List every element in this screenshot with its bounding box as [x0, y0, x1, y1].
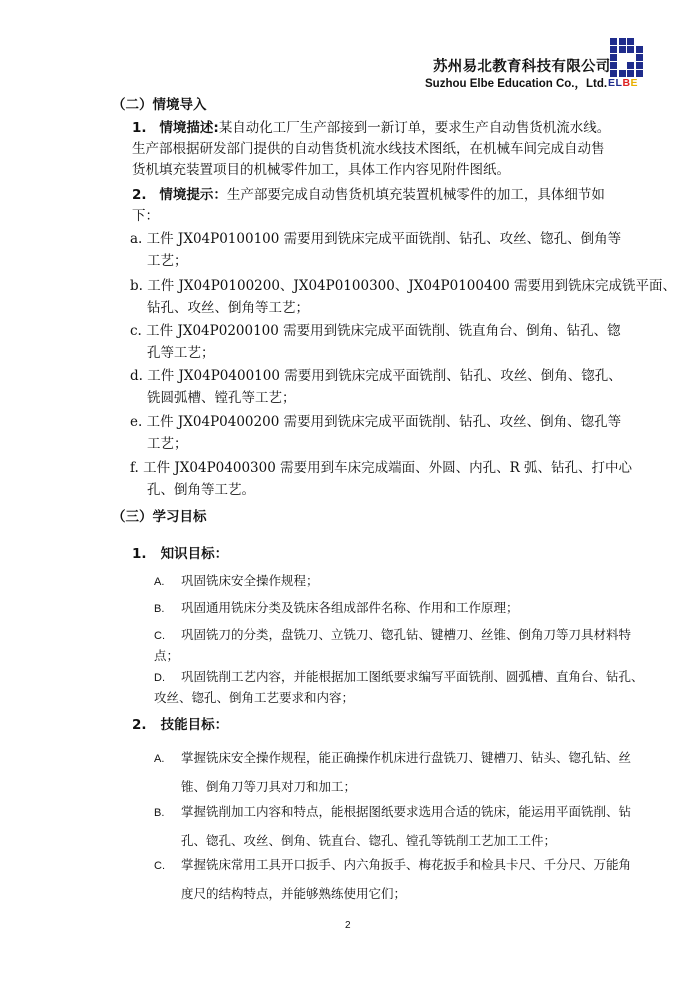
elbe-logo-icon [610, 38, 644, 78]
knowledge-item-d: D.巩固铣削工艺内容，并能根据加工图纸要求编写平面铣削、圆弧槽、直角台、钻孔、 … [154, 667, 644, 708]
list-item-c: c. 工件 JX04P0200100 需要用到铣床完成平面铣削、铣直角台、倒角、… [130, 320, 621, 364]
list-item-f: f. 工件 JX04P0400300 需要用到车床完成端面、外圆、内孔、R 弧、… [130, 457, 632, 501]
list-item-a: a. 工件 JX04P0100100 需要用到铣床完成平面铣削、钻孔、攻丝、锪孔… [130, 228, 621, 272]
skill-item-c: C.掌握铣床常用工具开口扳手、内六角扳手、梅花扳手和检具卡尺、千分尺、万能角 度… [154, 851, 631, 907]
company-name-en: Suzhou Elbe Education Co.，Ltd. [425, 75, 607, 91]
knowledge-item-c: C.巩固铣刀的分类，盘铣刀、立铣刀、锪孔钻、键槽刀、丝锥、倒角刀等刀具材料特 点… [154, 625, 631, 666]
list-item-e: e. 工件 JX04P0400200 需要用到铣床完成平面铣削、钻孔、攻丝、倒角… [130, 411, 621, 455]
skill-item-b: B.掌握铣削加工内容和特点，能根据图纸要求选用合适的铣床，能运用平面铣削、钻 孔… [154, 798, 631, 854]
knowledge-goals-title: 1. 知识目标： [132, 542, 228, 562]
list-item-b: b. 工件 JX04P0100200、JX04P0100300、JX04P010… [130, 275, 676, 319]
scenario-description: 1. 情境描述:某自动化工厂生产部接到一新订单，要求生产自动售货机流水线。 生产… [132, 118, 610, 181]
skill-item-a: A.掌握铣床安全操作规程，能正确操作机床进行盘铣刀、键槽刀、钻头、锪孔钻、丝 锥… [154, 744, 631, 800]
list-item-d: d. 工件 JX04P0400100 需要用到铣床完成平面铣削、钻孔、攻丝、倒角… [130, 365, 622, 409]
section-title-scenario: （二）情境导入 [112, 93, 207, 113]
skill-goals-title: 2. 技能目标： [132, 713, 228, 733]
knowledge-item-a: A.巩固铣床安全操作规程； [154, 571, 319, 589]
page-number: 2 [345, 920, 351, 931]
section-title-learning-goals: （三）学习目标 [112, 505, 207, 525]
logo-text: ELBE [608, 77, 638, 89]
company-name-cn: 苏州易北教育科技有限公司 [433, 55, 611, 76]
knowledge-item-b: B.巩固通用铣床分类及铣床各组成部件名称、作用和工作原理； [154, 598, 519, 616]
scenario-hint: 2. 情境提示：生产部要完成自动售货机填充装置机械零件的加工，具体细节如 下： [132, 185, 605, 227]
